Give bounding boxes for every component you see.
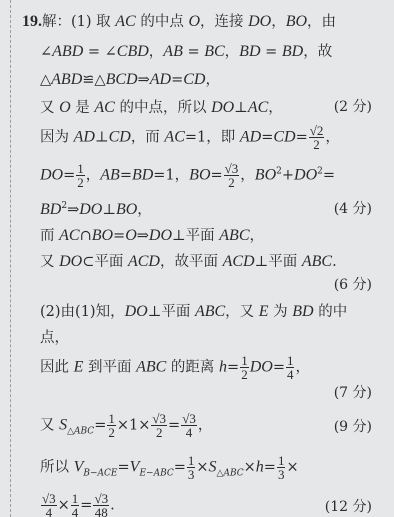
solution-line-10: (2)由(1)知，DO⊥平面 ABC，又 E 为 BD 的中 xyxy=(40,300,347,321)
solution-line-9: 又 DO⊂平面 ACD，故平面 ACD⊥平面 ABC. xyxy=(40,250,337,271)
solution-line-5: 因为 AD⊥CD，而 AC=1，即 AD=CD=√22， xyxy=(40,124,340,151)
solution-line-8: 而 AC∩BO=O⇒DO⊥平面 ABC， xyxy=(40,224,264,245)
solution-line-14: 所以 VB−ACE=VE−ABC=13×S△ABC×h=13× xyxy=(40,454,299,481)
score-7: (7 分) xyxy=(334,382,372,402)
score-9: (9 分) xyxy=(334,416,372,436)
score-12: (12 分) xyxy=(325,496,372,516)
solution-line-1: 19.解：(1) 取 AC 的中点 O，连接 DO，BO，由 xyxy=(22,10,336,31)
score-4: (4 分) xyxy=(334,198,372,218)
problem-number: 19. xyxy=(22,13,42,30)
score-6: (6 分) xyxy=(334,274,372,294)
solution-line-6: DO=12，AB=BD=1，BO=√32，BO2+DO2= xyxy=(40,162,335,189)
solution-line-12: 因此 E 到平面 ABC 的距离 h=12DO=14， xyxy=(40,354,310,381)
solution-line-3: △ABD≌△BCD⇒AD=CD， xyxy=(40,68,220,89)
solution-line-15: √34×14=√348. xyxy=(40,492,115,517)
solution-label: 解： xyxy=(42,14,71,30)
solution-line-11: 点， xyxy=(40,326,69,347)
solution-line-7: BD2⇒DO⊥BO， xyxy=(40,198,152,219)
score-2: (2 分) xyxy=(334,96,372,116)
solution-line-2: ∠ABD = ∠CBD，AB = BC，BD = BD，故 xyxy=(40,40,332,61)
solution-line-13: 又 S△ABC=12×1×√32=√34， xyxy=(40,412,212,439)
dashed-margin-line xyxy=(10,0,11,517)
solution-line-4: 又 O 是 AC 的中点，所以 DO⊥AC， xyxy=(40,96,283,117)
